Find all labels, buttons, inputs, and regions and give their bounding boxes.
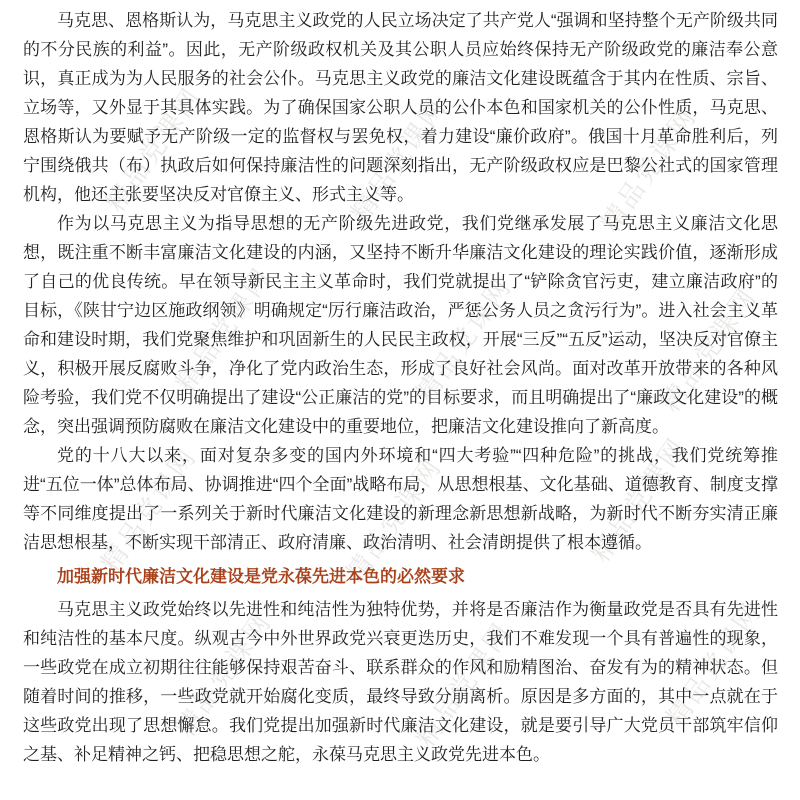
document-page: 精品党课网 精品党课网 精品党课网 精品党课网 精品党课网 精品党课网 精品党课… [0,0,800,800]
paragraph-18th-congress: 党的十八大以来，面对复杂多变的国内外环境和“四大考验”“四种危险”的挑战，我们党… [23,441,778,557]
paragraph-advanced-nature: 马克思主义政党始终以先进性和纯洁性为独特优势，并将是否廉洁作为衡量政党是否具有先… [23,595,778,769]
paragraph-party-tradition: 作为以马克思主义为指导思想的无产阶级先进政党，我们党继承发展了马克思主义廉洁文化… [23,209,778,441]
paragraph-marx-engels-view: 马克思、恩格斯认为，马克思主义政党的人民立场决定了共产党人“强调和坚持整个无产阶… [23,6,778,209]
article-body: 马克思、恩格斯认为，马克思主义政党的人民立场决定了共产党人“强调和坚持整个无产阶… [0,0,800,769]
section-heading: 加强新时代廉洁文化建设是党永葆先进本色的必然要求 [23,562,778,591]
